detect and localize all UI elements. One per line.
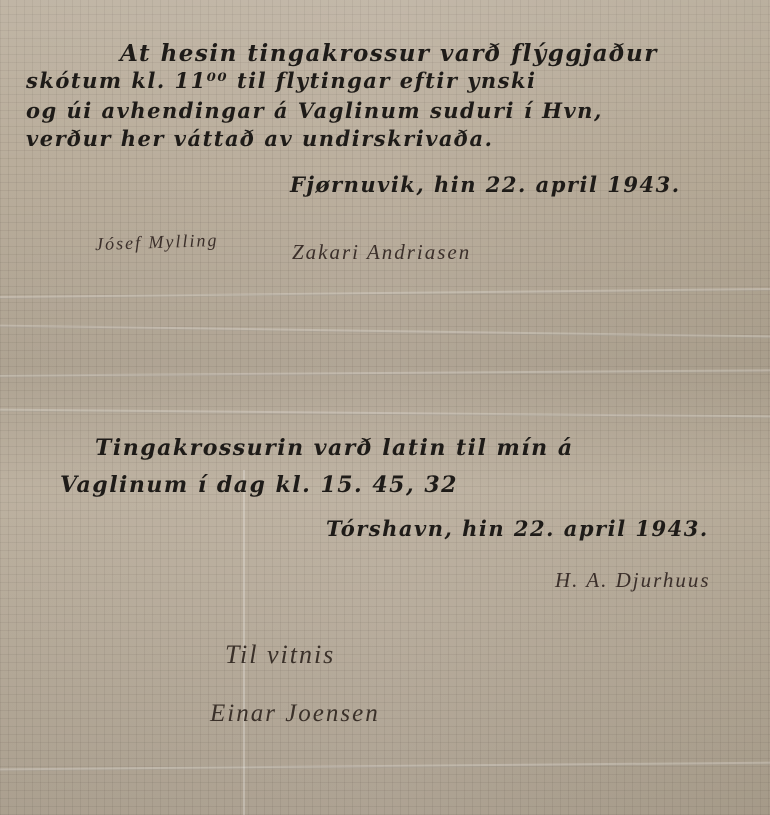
- place-date-1: Fjørnuvik, hin 22. april 1943.: [290, 172, 681, 197]
- signature-djurhuus: H. A. Djurhuus: [555, 568, 711, 593]
- text-line-6: Vaglinum í dag kl. 15. 45, 32: [60, 472, 458, 498]
- signature-zakari-andriasen: Zakari Andriasen: [292, 240, 471, 265]
- text-line-5: Tingakrossurin varð latin til mín á: [95, 435, 574, 461]
- signature-josef-mylling: Jósef Mylling: [95, 230, 219, 255]
- text-line-3: og úi avhendingar á Vaglinum suduri í Hv…: [26, 98, 603, 123]
- text-line-4: verður her váttað av undirskrivaða.: [26, 126, 493, 151]
- text-line-1: At hesin tingakrossur varð flýggjaður: [120, 40, 658, 67]
- place-date-2: Tórshavn, hin 22. april 1943.: [326, 516, 709, 541]
- text-line-2: skótum kl. 11⁰⁰ til flytingar eftir ynsk…: [26, 68, 537, 93]
- witness-label: Til vitnis: [225, 640, 335, 670]
- signature-einar-joensen: Einar Joensen: [210, 700, 380, 728]
